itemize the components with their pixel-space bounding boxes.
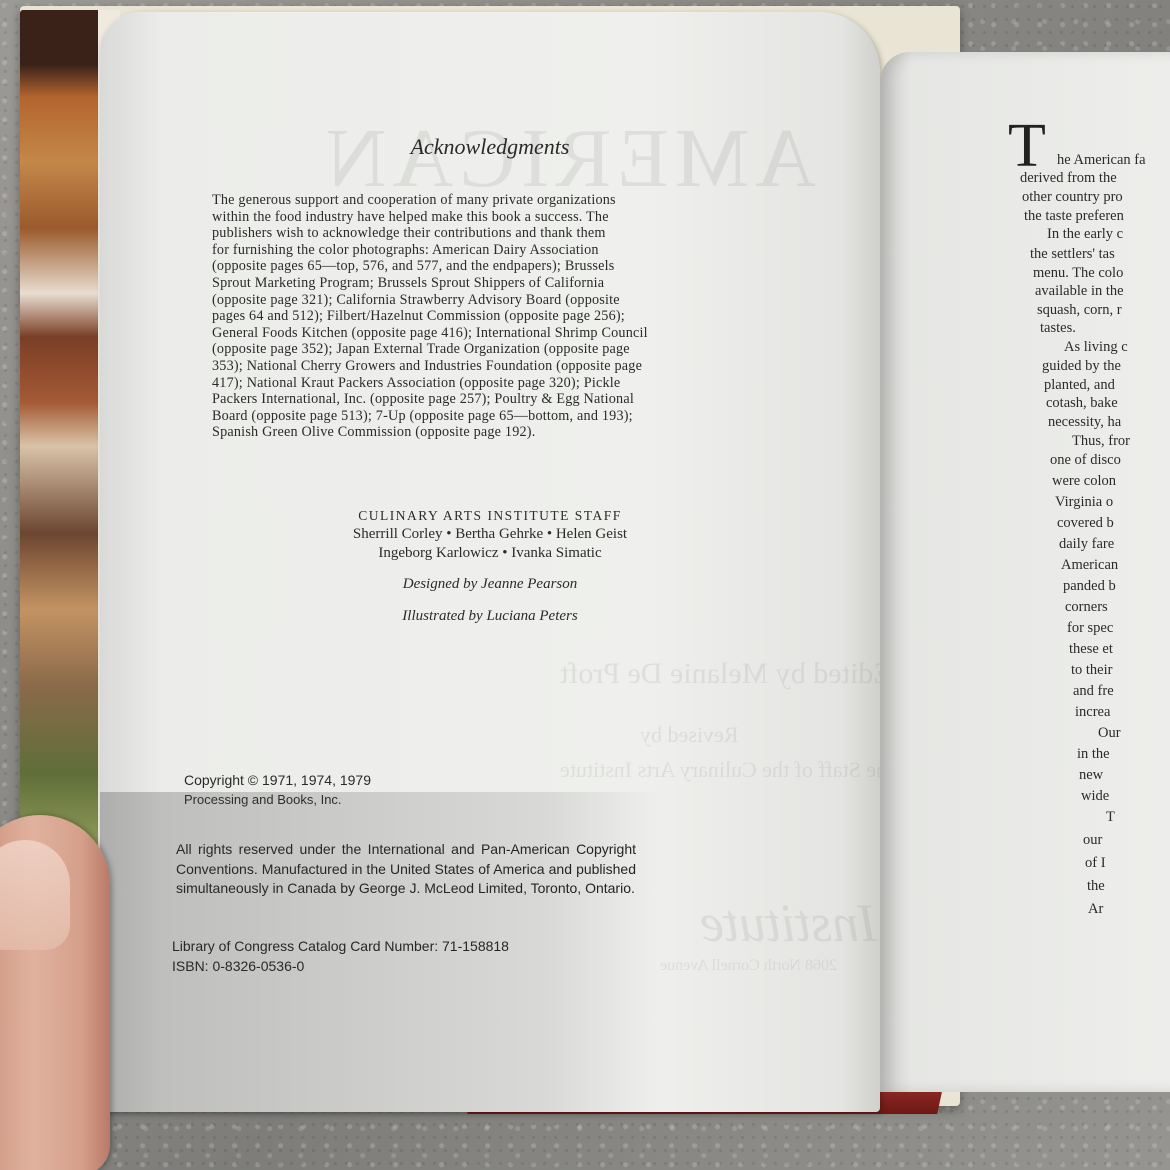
text-line: daily fare [1059,536,1114,553]
text-line: he American fa [1057,152,1146,169]
show-through-address: 2068 North Cornell Avenue [660,957,837,975]
thumbnail-nail [0,840,70,950]
hand-shadow [100,792,660,1112]
body-line: 353); National Cherry Growers and Indust… [212,358,757,375]
illustrator-credit: Illustrated by Luciana Peters [100,608,880,625]
body-line: (opposite pages 65—top, 576, and 577, an… [212,258,757,275]
text-line: panded b [1063,578,1116,595]
text-line: of I [1085,855,1106,872]
text-line: Our [1098,725,1121,742]
text-line: to their [1071,662,1112,679]
body-line: (opposite page 352); Japan External Trad… [212,341,757,358]
body-line: Sprout Marketing Program; Brussels Sprou… [212,275,757,292]
text-line: T [1106,809,1115,826]
text-line: necessity, ha [1048,414,1121,431]
text-line: in the [1077,746,1110,763]
text-line: the taste preferen [1024,208,1124,225]
staff-names-line-1: Sherrill Corley • Bertha Gehrke • Helen … [100,525,880,544]
body-line: General Foods Kitchen (opposite page 416… [212,325,757,342]
designer-credit: Designed by Jeanne Pearson [100,576,880,593]
text-line: menu. The colo [1033,265,1123,282]
staff-names-line-2: Ingeborg Karlowicz • Ivanka Simatic [100,544,880,563]
show-through-publisher-logo: Culinary Arts Institute [700,892,880,954]
body-line: for furnishing the color photographs: Am… [212,242,757,259]
text-line: In the early c [1047,226,1123,243]
text-line: the settlers' tas [1030,246,1115,263]
body-line: (opposite page 321); California Strawber… [212,292,757,309]
copyright-line: Copyright © 1971, 1974, 1979 [184,770,371,790]
body-line: publishers wish to acknowledge their con… [212,225,757,242]
text-line: covered b [1057,515,1114,532]
text-line: available in the [1035,283,1124,300]
text-line: American [1061,557,1118,574]
text-line: Ar [1088,901,1103,918]
staff-credits: CULINARY ARTS INSTITUTE STAFF Sherrill C… [100,506,880,563]
text-line: wide [1081,788,1109,805]
body-line: pages 64 and 512); Filbert/Hazelnut Comm… [212,308,757,325]
staff-heading: CULINARY ARTS INSTITUTE STAFF [100,506,880,525]
text-line: the [1087,878,1105,895]
page-title: Acknowledgments [100,134,880,160]
body-line: 417); National Kraut Packers Association… [212,375,757,392]
text-line: planted, and [1044,377,1115,394]
text-line: new [1079,767,1103,784]
text-line: Thus, fror [1072,433,1130,450]
text-line: cotash, bake [1046,395,1118,412]
text-line: one of disco [1050,452,1121,469]
text-line: tastes. [1040,320,1076,337]
text-line: corners [1065,599,1108,616]
text-line: our [1083,832,1102,849]
body-line: within the food industry have helped mak… [212,209,757,226]
text-line: Virginia o [1055,494,1113,511]
drop-cap: T [1008,116,1046,176]
text-line: guided by the [1042,358,1121,375]
text-line: other country pro [1022,189,1123,206]
text-line: and fre [1073,683,1114,700]
body-line: Packers International, Inc. (opposite pa… [212,391,757,408]
text-line: were colon [1052,473,1116,490]
show-through-revised: Revised by [640,722,738,748]
show-through-staff: the Staff of the Culinary Arts Institute [560,757,880,783]
text-line: these et [1069,641,1113,658]
text-line: derived from the [1020,170,1117,187]
text-line: As living c [1064,339,1128,356]
text-line: for spec [1067,620,1113,637]
holding-thumb [0,815,110,1170]
body-line: The generous support and cooperation of … [212,192,757,209]
right-page: T he American fa derived from the other … [880,52,1170,1092]
text-line: increa [1075,704,1110,721]
show-through-edited: Edited by Melanie De Proft [560,657,880,691]
acknowledgments-body: The generous support and cooperation of … [212,192,757,441]
body-line: Board (opposite page 513); 7-Up (opposit… [212,408,757,425]
text-line: squash, corn, r [1037,302,1122,319]
body-line: Spanish Green Olive Commission (opposite… [212,424,757,441]
left-page: AMERICAN Edited by Melanie De Proft Revi… [100,12,880,1112]
